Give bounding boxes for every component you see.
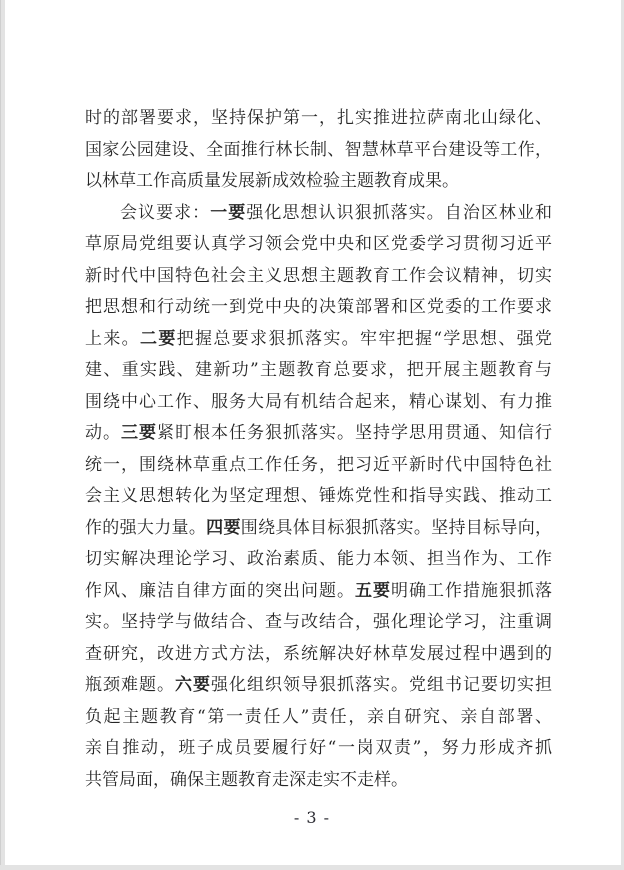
text-segment: 亲自推动，班子成员要履行好“一岗双责”，努力形成齐抓 — [85, 738, 552, 758]
text-segment: 实。坚持学与做结合、查与改结合，强化理论学习，注重调 — [85, 612, 552, 632]
text-segment: 会主义思想转化为坚定理想、锤炼党性和指导实践、推动工 — [85, 486, 552, 506]
text-segment: 紧盯根本任务狠抓落实。坚持学思用贯通、知信行 — [157, 423, 552, 443]
emphasis-text-segment: 二要 — [140, 329, 177, 349]
text-line: 以林草工作高质量发展新成效检验主题教育成果。 — [85, 166, 552, 198]
text-line: 上来。二要把握总要求狠抓落实。牢牢把握“学思想、强党 — [85, 324, 552, 356]
text-segment: 明确工作措施狠抓落 — [391, 581, 552, 601]
emphasis-text-segment: 六要 — [175, 675, 211, 695]
text-line: 建、重实践、建新功”主题教育总要求，把开展主题教育与 — [85, 355, 552, 387]
text-segment: 切实解决理论学习、政治素质、能力本领、担当作为、工作 — [85, 549, 552, 569]
text-segment: 建、重实践、建新功”主题教育总要求，把开展主题教育与 — [85, 360, 552, 380]
text-segment: 把握总要求狠抓落实。牢牢把握“学思想、强党 — [177, 329, 552, 349]
text-line: 围绕中心工作、服务大局有机结合起来，精心谋划、有力推 — [85, 387, 552, 419]
text-line: 新时代中国特色社会主义思想主题教育工作会议精神，切实 — [85, 261, 552, 293]
text-segment: 以林草工作高质量发展新成效检验主题教育成果。 — [85, 171, 459, 191]
paragraph: 会议要求：一要强化思想认识狠抓落实。自治区林业和草原局党组要认真学习领会党中央和… — [85, 198, 552, 797]
document-body-text: 时的部署要求，坚持保护第一，扎实推进拉萨南北山绿化、国家公园建设、全面推行林长制… — [85, 103, 552, 796]
text-segment: 查研究，改进方式方法，系统解决好林草发展过程中遇到的 — [85, 644, 552, 664]
text-segment: 强化思想认识狠抓落实。自治区林业和 — [246, 203, 552, 223]
text-line: 作的强大力量。四要围绕具体目标狠抓落实。坚持目标导向， — [85, 513, 552, 545]
scan-edge-bottom — [0, 865, 624, 870]
text-line: 动。三要紧盯根本任务狠抓落实。坚持学思用贯通、知信行 — [85, 418, 552, 450]
text-line: 时的部署要求，坚持保护第一，扎实推进拉萨南北山绿化、 — [85, 103, 552, 135]
emphasis-text-segment: 三要 — [121, 423, 157, 443]
text-segment: 时的部署要求，坚持保护第一，扎实推进拉萨南北山绿化、 — [85, 108, 552, 128]
emphasis-text-segment: 四要 — [206, 518, 241, 538]
text-line: 草原局党组要认真学习领会党中央和区党委学习贯彻习近平 — [85, 229, 552, 261]
paragraph: 时的部署要求，坚持保护第一，扎实推进拉萨南北山绿化、国家公园建设、全面推行林长制… — [85, 103, 552, 198]
text-line: 国家公园建设、全面推行林长制、智慧林草平台建设等工作， — [85, 135, 552, 167]
text-line: 查研究，改进方式方法，系统解决好林草发展过程中遇到的 — [85, 639, 552, 671]
text-segment: 围绕中心工作、服务大局有机结合起来，精心谋划、有力推 — [85, 392, 552, 412]
text-segment: 作的强大力量。 — [85, 518, 206, 538]
emphasis-text-segment: 一要 — [210, 203, 246, 223]
text-line: 共管局面，确保主题教育走深走实不走样。 — [85, 765, 552, 797]
text-segment: 作风、廉洁自律方面的突出问题。 — [85, 581, 355, 601]
text-line: 实。坚持学与做结合、查与改结合，强化理论学习，注重调 — [85, 607, 552, 639]
text-segment: 统一，围绕林草重点工作任务，把习近平新时代中国特色社 — [85, 455, 552, 475]
text-segment: 瓶颈难题。 — [85, 675, 175, 695]
emphasis-text-segment: 五要 — [355, 581, 391, 601]
text-segment: 草原局党组要认真学习领会党中央和区党委学习贯彻习近平 — [85, 234, 552, 254]
text-line: 统一，围绕林草重点工作任务，把习近平新时代中国特色社 — [85, 450, 552, 482]
text-line: 作风、廉洁自律方面的突出问题。五要明确工作措施狠抓落 — [85, 576, 552, 608]
text-line: 把思想和行动统一到党中央的决策部署和区党委的工作要求 — [85, 292, 552, 324]
text-segment: 围绕具体目标狠抓落实。坚持目标导向， — [241, 518, 552, 538]
text-line: 切实解决理论学习、政治素质、能力本领、担当作为、工作 — [85, 544, 552, 576]
text-line: 亲自推动，班子成员要履行好“一岗双责”，努力形成齐抓 — [85, 733, 552, 765]
text-segment: 上来。 — [85, 329, 140, 349]
text-line: 负起主题教育“第一责任人”责任，亲自研究、亲自部署、 — [85, 702, 552, 734]
text-segment: 国家公园建设、全面推行林长制、智慧林草平台建设等工作， — [85, 140, 552, 160]
text-line: 会主义思想转化为坚定理想、锤炼党性和指导实践、推动工 — [85, 481, 552, 513]
text-line: 瓶颈难题。六要强化组织领导狠抓落实。党组书记要切实担 — [85, 670, 552, 702]
scan-edge-left — [0, 0, 5, 870]
text-segment: 共管局面，确保主题教育走深走实不走样。 — [85, 770, 408, 790]
text-segment: 会议要求： — [120, 203, 210, 223]
text-segment: 新时代中国特色社会主义思想主题教育工作会议精神，切实 — [85, 266, 552, 286]
page-number: - 3 - — [0, 808, 624, 827]
text-segment: 动。 — [85, 423, 121, 443]
text-segment: 强化组织领导狠抓落实。党组书记要切实担 — [211, 675, 552, 695]
text-segment: 把思想和行动统一到党中央的决策部署和区党委的工作要求 — [85, 297, 552, 317]
text-line: 会议要求：一要强化思想认识狠抓落实。自治区林业和 — [85, 198, 552, 230]
text-segment: 负起主题教育“第一责任人”责任，亲自研究、亲自部署、 — [85, 707, 552, 727]
